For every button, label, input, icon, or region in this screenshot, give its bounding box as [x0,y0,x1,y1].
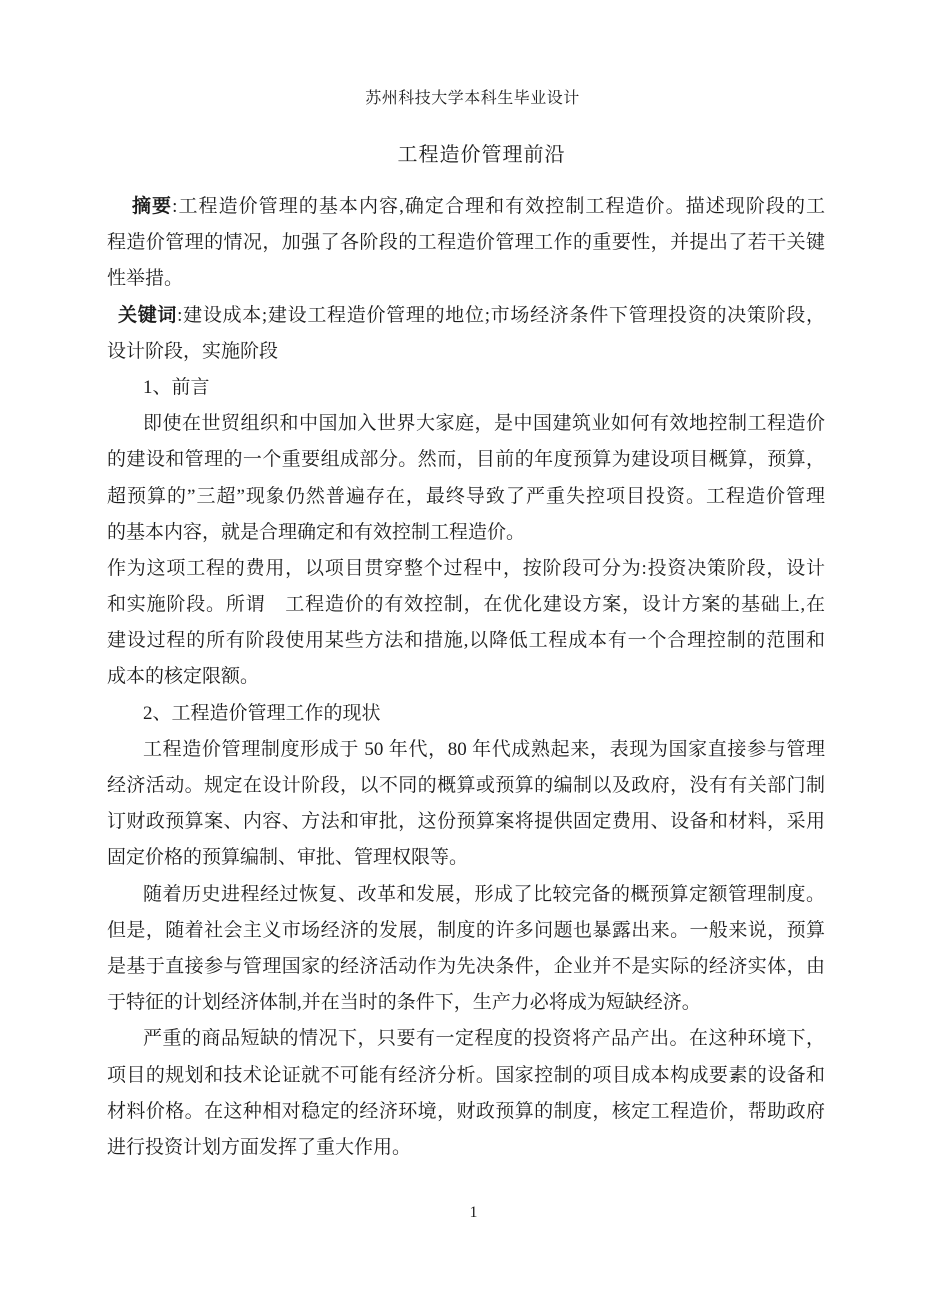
text-line: 的基本内容，就是合理确定和有效控制工程造价。 [107,515,825,551]
text-line: 是基于直接参与管理国家的经济活动作为先决条件，企业并不是实际的经济实体，由 [107,949,825,985]
text-line: 的建设和管理的一个重要组成部分。然而，目前的年度预算为建设项目概算，预算， [107,442,825,478]
abstract-line: 摘要:工程造价管理的基本内容,确定合理和有效控制工程造价。描述现阶段的工 [107,189,825,225]
text-line: 项目的规划和技术论证就不可能有经济分析。国家控制的项目成本构成要素的设备和 [107,1058,825,1094]
keywords-label: 关键词 [118,305,177,326]
abstract-label: 摘要 [132,196,172,217]
text-line: 随着历史进程经过恢复、改革和发展，形成了比较完备的概预算定额管理制度。 [107,877,825,913]
text-line: 成本的核定限额。 [107,659,825,695]
text-line: 材料价格。在这种相对稳定的经济环境，财政预算的制度，核定工程造价，帮助政府 [107,1094,825,1130]
text-line: 建设过程的所有阶段使用某些方法和措施,以降低工程成本有一个合理控制的范围和 [107,623,825,659]
text-line: 工程造价管理制度形成于 50 年代，80 年代成熟起来，表现为国家直接参与管理 [107,732,825,768]
text-line: 固定价格的预算编制、审批、管理权限等。 [107,840,825,876]
text-line: 超预算的”三超”现象仍然普遍存在，最终导致了严重失控项目投资。工程造价管理 [107,479,825,515]
text-line: 即使在世贸组织和中国加入世界大家庭，是中国建筑业如何有效地控制工程造价 [107,406,825,442]
running-header: 苏州科技大学本科生毕业设计 [0,89,925,109]
keywords-line: 设计阶段，实施阶段 [107,334,825,370]
text-line: 严重的商品短缺的情况下，只要有一定程度的投资将产品产出。在这种环境下， [107,1021,825,1057]
text-line: 经济活动。规定在设计阶段，以不同的概算或预算的编制以及政府，没有有关部门制 [107,768,825,804]
document-title: 工程造价管理前沿 [0,142,925,168]
text-line: 和实施阶段。所谓 工程造价的有效控制，在优化建设方案，设计方案的基础上,在 [107,587,825,623]
document-body: 摘要:工程造价管理的基本内容,确定合理和有效控制工程造价。描述现阶段的工 程造价… [107,189,825,1166]
text-line: 但是，随着社会主义市场经济的发展，制度的许多问题也暴露出来。一般来说，预算 [107,913,825,949]
abstract-line: 性举措。 [107,261,825,297]
text-line: 进行投资计划方面发挥了重大作用。 [107,1130,825,1166]
section-1-heading: 1、前言 [107,370,825,406]
abstract-text: :工程造价管理的基本内容,确定合理和有效控制工程造价。描述现阶段的工 [172,196,825,217]
keywords-text: :建设成本;建设工程造价管理的地位;市场经济条件下管理投资的决策阶段， [177,305,825,326]
abstract-line: 程造价管理的情况，加强了各阶段的工程造价管理工作的重要性，并提出了若干关键 [107,225,825,261]
text-line: 订财政预算案、内容、方法和审批，这份预算案将提供固定费用、设备和材料，采用 [107,804,825,840]
page-number: 1 [0,1202,925,1224]
text-line: 于特征的计划经济体制,并在当时的条件下，生产力必将成为短缺经济。 [107,985,825,1021]
document-page: 苏州科技大学本科生毕业设计 工程造价管理前沿 摘要:工程造价管理的基本内容,确定… [0,0,925,1309]
section-2-heading: 2、工程造价管理工作的现状 [107,696,825,732]
keywords-line: 关键词:建设成本;建设工程造价管理的地位;市场经济条件下管理投资的决策阶段， [107,298,825,334]
text-line: 作为这项工程的费用，以项目贯穿整个过程中，按阶段可分为:投资决策阶段，设计 [107,551,825,587]
